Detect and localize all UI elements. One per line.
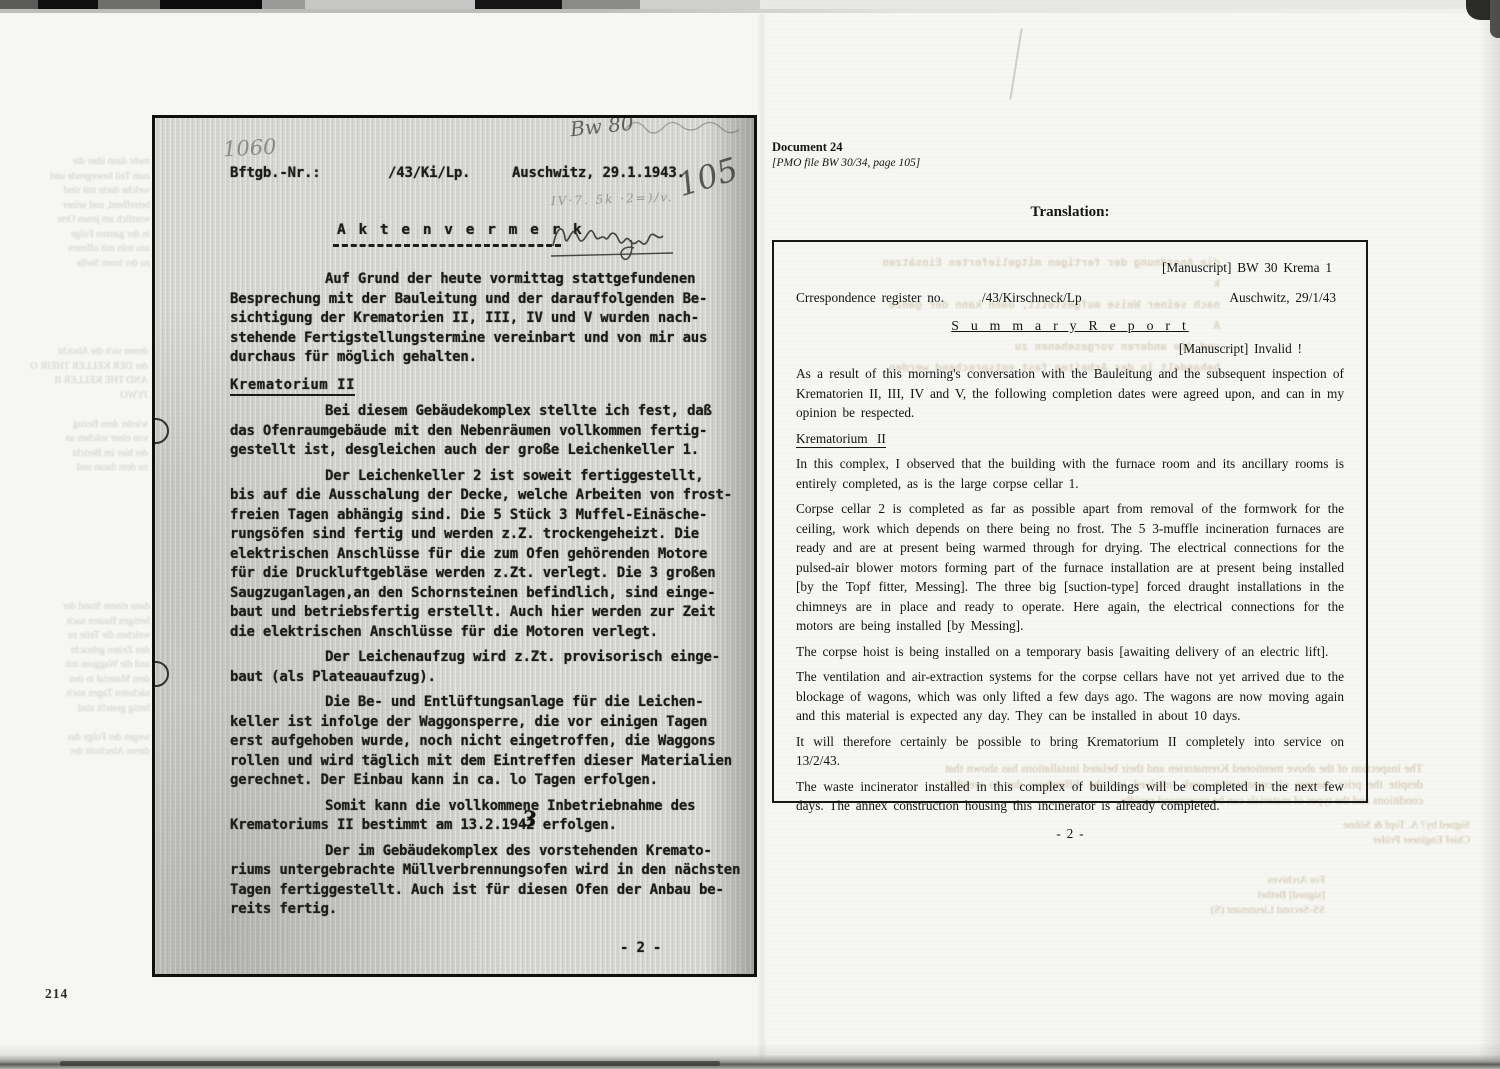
german-line: Der Leichenkeller 2 ist soweit fertigges… <box>230 467 745 487</box>
scan-page-number: - 2 - <box>620 940 661 956</box>
handwritten-scrawl <box>623 115 743 140</box>
translation-page: Document 24 [PMO file BW 30/34, page 105… <box>765 0 1500 1069</box>
bleed-through-text: dann einem Stand der fertigen Bauten nac… <box>30 600 150 760</box>
register-number: /43/Kirschneck/Lp <box>982 288 1082 308</box>
book-spread: mehr dann über die zum Teil bewegende un… <box>0 0 1500 1069</box>
translation-paragraph: The waste incinerator installed in this … <box>796 777 1344 816</box>
ref-label: Bftgb.-Nr.: <box>230 165 321 181</box>
register-label: Crrespondence register no. <box>796 288 944 308</box>
german-line: Die Be- und Entlüftungsanlage für die Le… <box>230 693 745 713</box>
punch-hole <box>152 661 169 687</box>
german-line: riums untergebrachte Müllverbrennungsofe… <box>230 861 745 881</box>
translation-section-heading: Krematorium II <box>796 429 1344 449</box>
german-line: baut und betriebsfertig erstellt. Auch h… <box>230 603 745 623</box>
scanned-document: 1060 Bftgb.-Nr.: /43/Ki/Lp. Auschwitz, 2… <box>152 115 757 977</box>
german-line: Der Leichenaufzug wird z.Zt. provisorisc… <box>230 648 745 668</box>
german-line: Somit kann die vollkommene Inbetriebnahm… <box>230 797 745 817</box>
german-line: keller ist infolge der Waggonsperre, die… <box>230 713 745 733</box>
translation-paragraph: The ventilation and air-extraction syste… <box>796 667 1344 726</box>
german-line-with-correction: Krematoriums II bestimmt am 13.2.19423 e… <box>230 816 745 836</box>
document-label: Document 24 <box>772 140 842 155</box>
place-date: Auschwitz, 29.1.1943. <box>512 165 685 181</box>
memo-body: Auf Grund der heute vormittag stattgefun… <box>230 270 745 920</box>
german-line: Tagen fertiggestellt. Auch ist für diese… <box>230 881 745 901</box>
handwritten-date-note: IV·7. 5k ·2=)/v. <box>551 190 674 208</box>
translation-paragraph: In this complex, I observed that the bui… <box>796 454 1344 493</box>
register-row: Crrespondence register no. /43/Kirschnec… <box>796 288 1344 308</box>
translation-box: [Manuscript] BW 30 Krema 1 Crrespondence… <box>772 240 1368 803</box>
bottom-edge-dark-line <box>60 1061 720 1066</box>
german-line: bis auf die Ausschalung der Decke, welch… <box>230 486 745 506</box>
source-note: [PMO file BW 30/34, page 105] <box>772 157 920 169</box>
german-line: stehende Fertigstellungstermine vereinba… <box>230 329 745 349</box>
german-line: Saugzuganlagen,an den Schornsteinen befi… <box>230 584 745 604</box>
translation-heading: Translation: <box>772 204 1368 221</box>
german-line: durchaus für möglich gehalten. <box>230 348 745 368</box>
manuscript-note-top: [Manuscript] BW 30 Krema 1 <box>796 258 1332 278</box>
handwritten-1060: 1060 <box>222 135 277 162</box>
bleed-through-text: denen sich die Absicht der DER KELLER TH… <box>28 345 148 476</box>
section-heading-krematorium: Krematorium II <box>230 376 745 396</box>
translation-page-number: - 2 - <box>796 824 1344 844</box>
german-line: Besprechung mit der Bauleitung und der d… <box>230 290 745 310</box>
german-line: gerechnet. Der Einbau kann in ca. lo Tag… <box>230 771 745 791</box>
german-line: reits fertig. <box>230 900 745 920</box>
german-line: für die Druckluftgebläse werden z.Zt. ve… <box>230 564 745 584</box>
handwritten-105: 105 <box>673 150 743 204</box>
book-page-number: 214 <box>45 986 68 1002</box>
german-line: erst aufgehoben wurde, noch nicht einget… <box>230 732 745 752</box>
german-line: freien Tagen abhängig sind. Die 5 Stück … <box>230 506 745 526</box>
german-line: baut (als Plateauaufzug). <box>230 668 745 688</box>
punch-hole <box>152 418 169 444</box>
translation-paragraph: As a result of this morning's conversati… <box>796 364 1344 423</box>
german-line: elektrischen Anschlüsse für die zum Ofen… <box>230 545 745 565</box>
german-line: Der im Gebäudekomplex des vorstehenden K… <box>230 842 745 862</box>
translation-paragraph: Corpse cellar 2 is completed as far as p… <box>796 499 1344 636</box>
german-line: Auf Grund der heute vormittag stattgefun… <box>230 270 745 290</box>
manuscript-invalid-note: [Manuscript] Invalid ! <box>796 339 1302 359</box>
translation-paragraph: The corpse hoist is being installed on a… <box>796 642 1344 662</box>
german-line: gestellt ist, desgleichen auch der große… <box>230 441 745 461</box>
signature-scrawl <box>547 210 683 270</box>
translation-paragraph: It will therefore certainly be possible … <box>796 732 1344 771</box>
german-line: sichtigung der Krematorien II, III, IV u… <box>230 309 745 329</box>
memo-title-underline <box>333 244 561 247</box>
german-line: Bei diesem Gebäudekomplex stellte ich fe… <box>230 402 745 422</box>
bleed-through-text: mehr dann über die zum Teil bewegende un… <box>30 155 150 271</box>
summary-report-title: S u m m a r y R e p o r t <box>796 316 1344 336</box>
german-line: rungsöfen sind fertig und werden z.Z. tr… <box>230 525 745 545</box>
translation-place-date: Auschwitz, 29/1/43 <box>1229 288 1336 308</box>
german-line: die elektrischen Anschlüsse für die Moto… <box>230 623 745 643</box>
ref-number: /43/Ki/Lp. <box>388 165 470 181</box>
german-line: rollen und wird täglich mit dem Eintreff… <box>230 752 745 772</box>
german-line: das Ofenraumgebäude mit den Nebenräumen … <box>230 422 745 442</box>
